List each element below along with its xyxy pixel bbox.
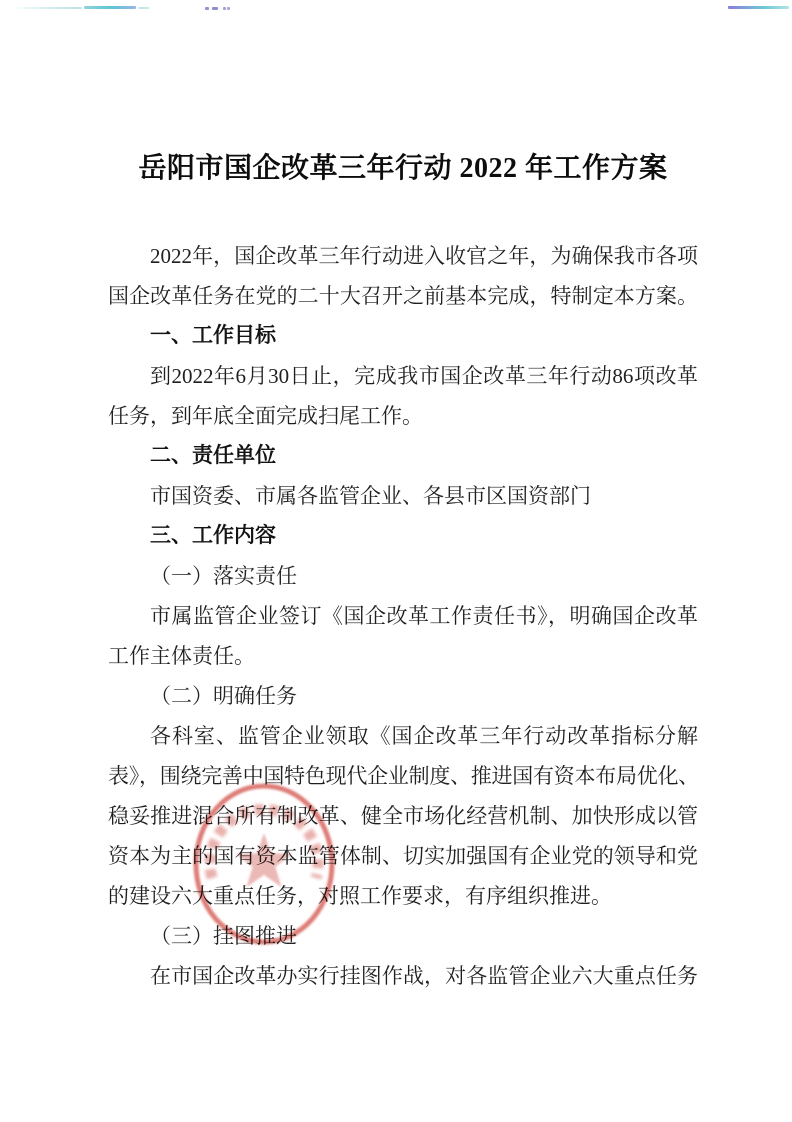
subheading-implement-responsibility: （一）落实责任: [108, 556, 698, 596]
paragraph-line: 到2022年6月30日止，完成我市国企改革三年行动86项改革: [108, 356, 698, 396]
heading-work-goals: 一、工作目标: [108, 316, 698, 356]
scanned-document-page: 岳阳市国企改革三年行动 2022 年工作方案 2022年，国企改革三年行动进入收…: [0, 0, 792, 1122]
paragraph-line: 任务，到年底全面完成扫尾工作。: [108, 396, 698, 436]
paragraph-line: 的建设六大重点任务，对照工作要求，有序组织推进。: [108, 876, 698, 916]
document-title: 岳阳市国企改革三年行动 2022 年工作方案: [108, 148, 698, 190]
scan-artifact: [10, 7, 82, 9]
paragraph-line: 2022年，国企改革三年行动进入收官之年，为确保我市各项: [108, 236, 698, 276]
scan-artifact: [223, 7, 226, 10]
paragraph-line: 在市国企改革办实行挂图作战，对各监管企业六大重点任务: [108, 956, 698, 996]
paragraph-line: 稳妥推进混合所有制改革、健全市场化经营机制、加快形成以管: [108, 796, 698, 836]
paragraph-line: 市国资委、市属各监管企业、各县市区国资部门: [108, 476, 698, 516]
paragraph-line: 各科室、监管企业领取《国企改革三年行动改革指标分解: [108, 716, 698, 756]
scan-artifact: [138, 7, 149, 9]
subheading-clarify-tasks: （二）明确任务: [108, 676, 698, 716]
subheading-chart-advance: （三）挂图推进: [108, 916, 698, 956]
scan-artifact: [84, 6, 136, 9]
heading-responsible-units: 二、责任单位: [108, 436, 698, 476]
scan-artifact: [728, 6, 789, 9]
scan-artifact: [212, 7, 218, 10]
paragraph-line: 市属监管企业签订《国企改革工作责任书》，明确国企改革: [108, 596, 698, 636]
heading-work-content: 三、工作内容: [108, 516, 698, 556]
paragraph-line: 资本为主的国有资本监管体制、切实加强国有企业党的领导和党: [108, 836, 698, 876]
scan-artifact: [227, 7, 230, 10]
paragraph-line: 表》，围绕完善中国特色现代企业制度、推进国有资本布局优化、: [108, 756, 698, 796]
document-body: 2022年，国企改革三年行动进入收官之年，为确保我市各项 国企改革任务在党的二十…: [108, 236, 698, 996]
paragraph-line: 工作主体责任。: [108, 636, 698, 676]
paragraph-line: 国企改革任务在党的二十大召开之前基本完成，特制定本方案。: [108, 276, 698, 316]
scan-artifact: [205, 7, 209, 10]
